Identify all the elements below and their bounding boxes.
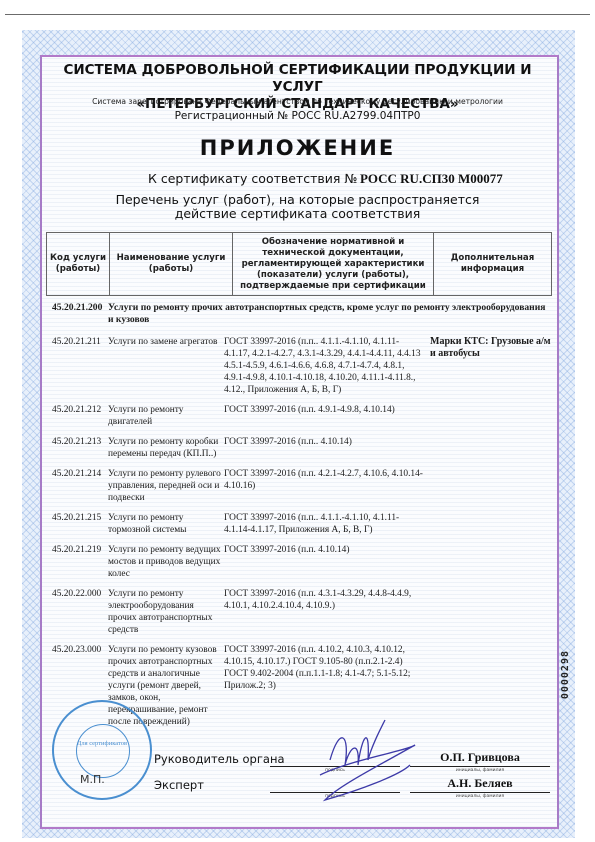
service-norm: ГОСТ 33997-2016 (п.п.. 4.1.1.-4.1.10, 4.… xyxy=(224,336,424,396)
expert-label: Эксперт xyxy=(154,778,204,792)
service-code: 45.20.21.213 xyxy=(52,436,108,460)
expert-name-line xyxy=(410,792,550,793)
service-info xyxy=(424,404,552,428)
header-norm: Обозначение нормативной и технической до… xyxy=(233,233,434,296)
table-header: Код услуги (работы) Наименование услуги … xyxy=(46,232,552,296)
head-name-line xyxy=(410,766,550,767)
service-code: 45.20.21.219 xyxy=(52,544,108,580)
header-info: Дополнительная информация xyxy=(434,233,552,296)
certificate-number: РОСС RU.СП30 М00077 xyxy=(360,171,503,187)
table-row: 45.20.21.212Услуги по ремонту двигателей… xyxy=(52,404,552,428)
service-norm: ГОСТ 33997-2016 (п.п.. 4.1.1.-4.1.10, 4.… xyxy=(224,512,424,536)
service-norm: ГОСТ 33997-2016 (п.п. 4.9.1-4.9.8, 4.10.… xyxy=(224,404,424,428)
table-row: 45.20.21.214Услуги по ремонту рулевого у… xyxy=(52,468,552,504)
table-row: 45.20.21.211Услуги по замене агрегатовГО… xyxy=(52,336,552,396)
handwritten-signature xyxy=(290,705,430,805)
service-code: 45.20.21.211 xyxy=(52,336,108,396)
service-code: 45.20.21.214 xyxy=(52,468,108,504)
service-name: Услуги по замене агрегатов xyxy=(108,336,224,396)
page-title: ПРИЛОЖЕНИЕ xyxy=(40,136,555,160)
seal-inner-circle xyxy=(76,724,130,778)
stamp-place-label: М.П. xyxy=(80,773,105,786)
service-info xyxy=(424,588,552,636)
expert-name: А.Н. Беляев xyxy=(410,776,550,791)
group-row: 45.20.21.200 Услуги по ремонту прочих ав… xyxy=(52,302,552,326)
services-list: 45.20.21.200 Услуги по ремонту прочих ав… xyxy=(52,302,552,736)
service-info xyxy=(424,644,552,728)
list-title-line2: действие сертификата соответствия xyxy=(40,207,555,221)
service-norm: ГОСТ 33997-2016 (п.п. 4.2.1-4.2.7, 4.10.… xyxy=(224,468,424,504)
service-info: Марки КТС: Грузовые а/м и автобусы xyxy=(424,336,552,396)
group-name: Услуги по ремонту прочих автотранспортны… xyxy=(108,302,552,326)
service-info xyxy=(424,468,552,504)
serial-number: 0000298 xyxy=(560,650,571,699)
list-title-line1: Перечень услуг (работ), на которые распр… xyxy=(40,193,555,207)
scan-edge-line xyxy=(5,14,590,15)
seal-text: Для сертификатов xyxy=(76,740,128,748)
header-code: Код услуги (работы) xyxy=(47,233,110,296)
service-code: 45.20.22.000 xyxy=(52,588,108,636)
service-norm: ГОСТ 33997-2016 (п.п. 4.10.14) xyxy=(224,544,424,580)
service-code: 45.20.21.212 xyxy=(52,404,108,428)
certificate-label: К сертификату соответствия № xyxy=(148,171,357,186)
table-row: 45.20.21.215Услуги по ремонту тормозной … xyxy=(52,512,552,536)
service-code: 45.20.21.215 xyxy=(52,512,108,536)
registration-note: Система зарегистрирована Федеральным аге… xyxy=(40,97,555,106)
head-name-caption: инициалы, фамилия xyxy=(410,768,550,773)
service-info xyxy=(424,512,552,536)
list-title: Перечень услуг (работ), на которые распр… xyxy=(40,193,555,221)
table-row: 45.20.21.213Услуги по ремонту коробки пе… xyxy=(52,436,552,460)
expert-name-caption: инициалы, фамилия xyxy=(410,794,550,799)
service-name: Услуги по ремонту электрооборудования пр… xyxy=(108,588,224,636)
system-title-line1: СИСТЕМА ДОБРОВОЛЬНОЙ СЕРТИФИКАЦИИ ПРОДУК… xyxy=(40,62,555,96)
service-name: Услуги по ремонту двигателей xyxy=(108,404,224,428)
service-norm: ГОСТ 33997-2016 (п.п.. 4.10.14) xyxy=(224,436,424,460)
service-name: Услуги по ремонту ведущих мостов и приво… xyxy=(108,544,224,580)
head-name: О.П. Гривцова xyxy=(410,750,550,765)
service-name: Услуги по ремонту рулевого управления, п… xyxy=(108,468,224,504)
registration-number: Регистрационный № РОСС RU.А2799.04ПТР0 xyxy=(40,110,555,122)
head-label: Руководитель органа xyxy=(154,752,285,766)
header-name: Наименование услуги (работы) xyxy=(110,233,233,296)
service-name: Услуги по ремонту коробки перемены перед… xyxy=(108,436,224,460)
service-info xyxy=(424,436,552,460)
table-row: 45.20.22.000Услуги по ремонту электрообо… xyxy=(52,588,552,636)
service-name: Услуги по ремонту тормозной системы xyxy=(108,512,224,536)
table-row: 45.20.21.219Услуги по ремонту ведущих мо… xyxy=(52,544,552,580)
service-norm: ГОСТ 33997-2016 (п.п. 4.3.1-4.3.29, 4.4.… xyxy=(224,588,424,636)
group-code: 45.20.21.200 xyxy=(52,302,108,326)
service-info xyxy=(424,544,552,580)
